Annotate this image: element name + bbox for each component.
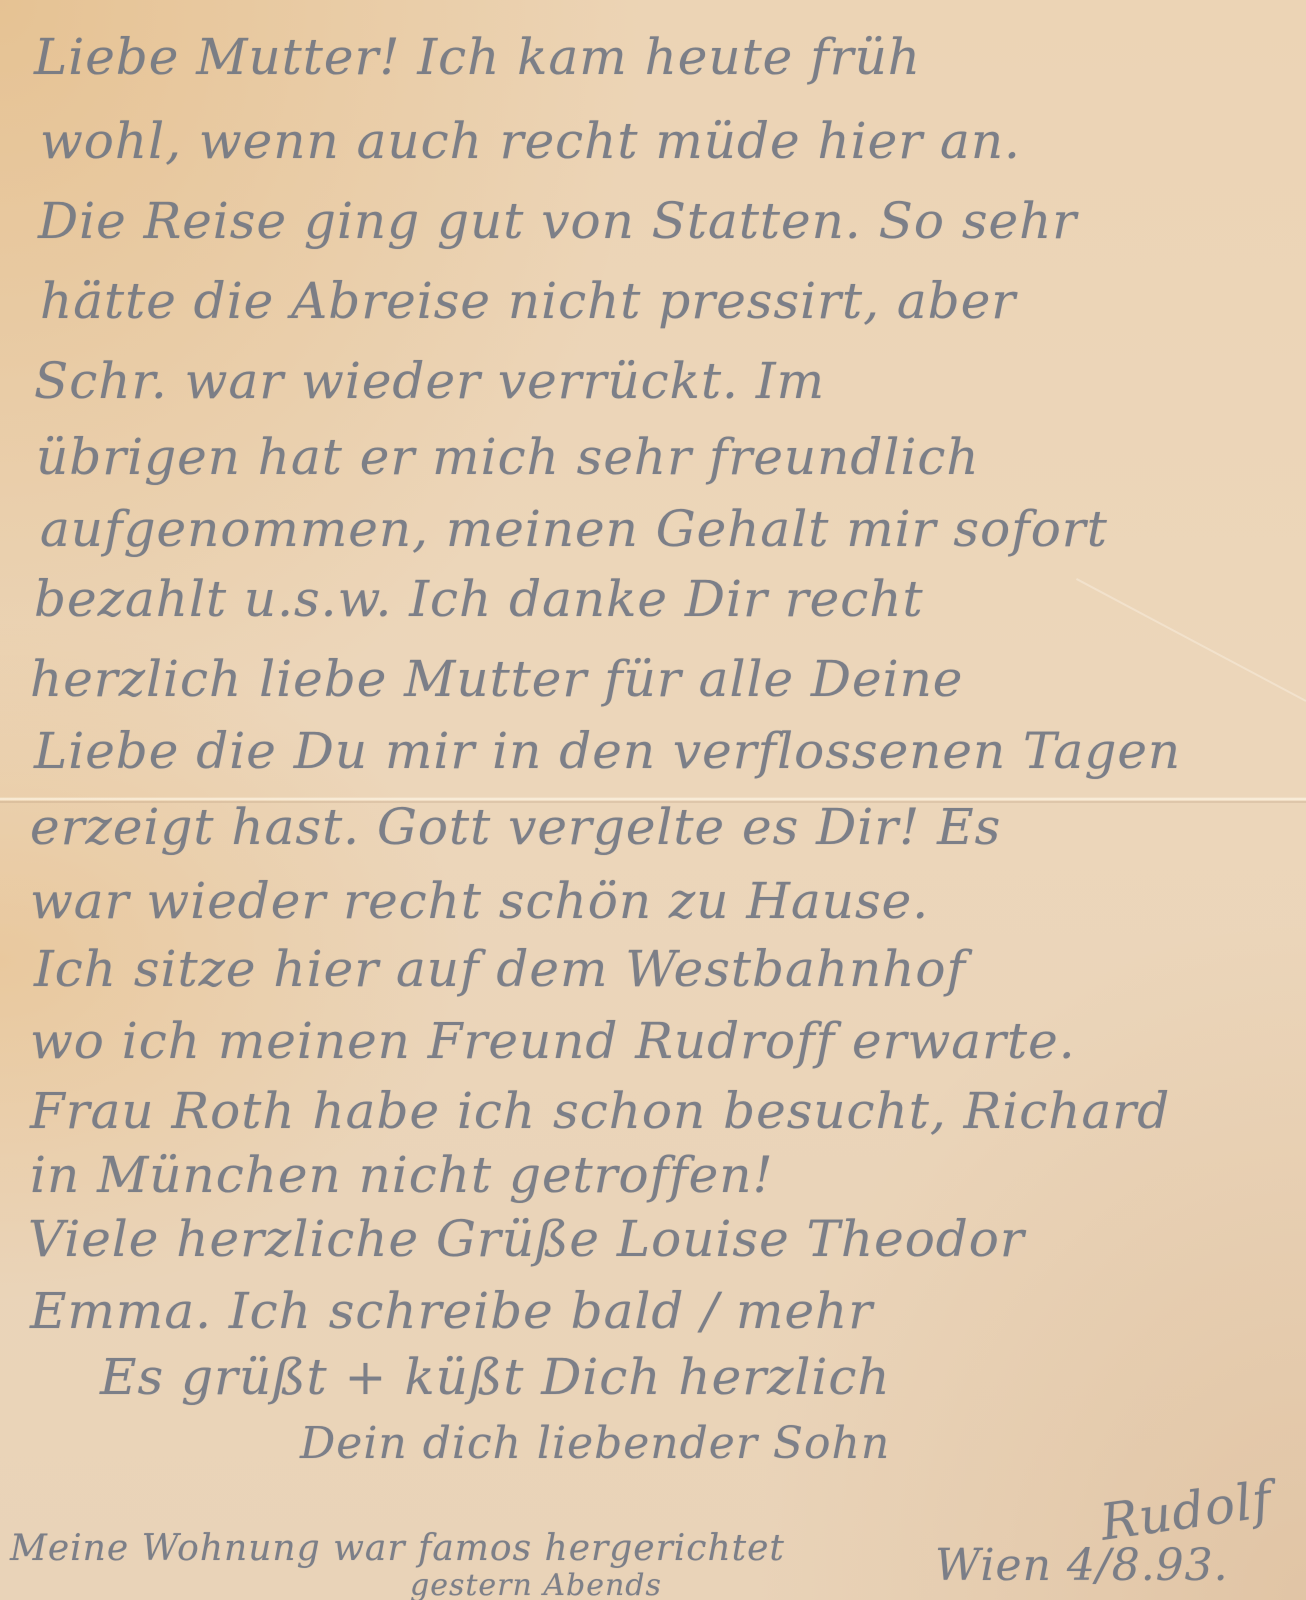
- postscript: Meine Wohnung war famos hergerichtet: [10, 1528, 785, 1569]
- letter-line: übrigen hat er mich sehr freundlich: [36, 428, 980, 486]
- letter-line: erzeigt hast. Gott vergelte es Dir! Es: [30, 798, 1001, 856]
- letter-line: bezahlt u.s.w. Ich danke Dir recht: [34, 570, 924, 628]
- letter-line: Emma. Ich schreibe bald / mehr: [30, 1282, 873, 1340]
- letter-line: Liebe Mutter! Ich kam heute früh: [34, 28, 921, 86]
- letter-line: wo ich meinen Freund Rudroff erwarte.: [30, 1012, 1076, 1070]
- letter-date: Wien 4/8.93.: [935, 1540, 1229, 1591]
- letter-line: war wieder recht schön zu Hause.: [30, 872, 929, 930]
- letter-line: hätte die Abreise nicht pressirt, aber: [40, 272, 1016, 330]
- postscript-line-2: gestern Abends: [410, 1568, 662, 1600]
- closing-line: Es grüßt + küßt Dich herzlich: [100, 1348, 891, 1406]
- letter-page: Liebe Mutter! Ich kam heute früh wohl, w…: [0, 0, 1306, 1600]
- letter-line: herzlich liebe Mutter für alle Deine: [30, 650, 963, 708]
- letter-line: Viele herzliche Grüße Louise Theodor: [28, 1210, 1025, 1268]
- letter-line: aufgenommen, meinen Gehalt mir sofort: [40, 500, 1108, 558]
- letter-line: Schr. war wieder verrückt. Im: [34, 352, 825, 410]
- letter-line: wohl, wenn auch recht müde hier an.: [40, 112, 1021, 170]
- letter-line: Frau Roth habe ich schon besucht, Richar…: [30, 1082, 1170, 1140]
- letter-line: Ich sitze hier auf dem Westbahnhof: [34, 940, 966, 998]
- closing-line: Dein dich liebender Sohn: [300, 1418, 890, 1469]
- letter-line: Die Reise ging gut von Statten. So sehr: [38, 192, 1077, 250]
- paper-crease: [1076, 578, 1306, 702]
- letter-line: in München nicht getroffen!: [30, 1146, 774, 1204]
- letter-line: Liebe die Du mir in den verflossenen Tag…: [34, 722, 1181, 780]
